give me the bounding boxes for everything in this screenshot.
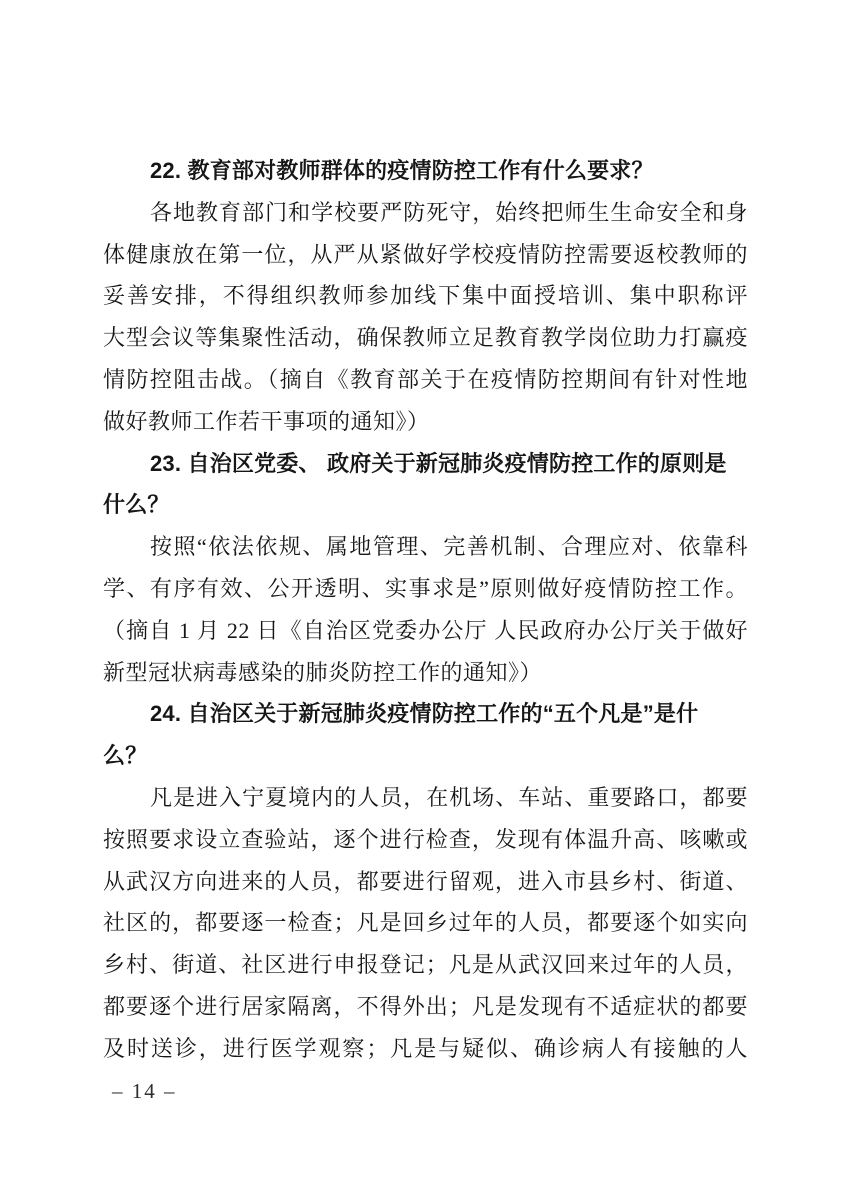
text-line: 各地教育部门和学校要严防死守，始终把师生生命安全和身: [103, 192, 748, 234]
text-line: 及时送诊，进行医学观察；凡是与疑似、确诊病人有接触的人员，: [103, 1028, 748, 1070]
document-page: { "page": { "number_label": "– 14 –" }, …: [0, 0, 850, 1203]
text-line: 什么？: [103, 484, 748, 526]
text-line: 妥善安排，不得组织教师参加线下集中面授培训、集中职称评审、: [103, 275, 748, 317]
text-line: 从武汉方向进来的人员，都要进行留观，进入市县乡村、街道、: [103, 861, 748, 903]
text-line: 按照要求设立查验站，逐个进行检查，发现有体温升高、咳嗽或: [103, 819, 748, 861]
answer-paragraph: 各地教育部门和学校要严防死守，始终把师生生命安全和身体健康放在第一位，从严从紧做…: [103, 192, 748, 443]
text-line: 24. 自治区关于新冠肺炎疫情防控工作的“五个凡是”是什: [103, 693, 748, 735]
answer-paragraph: 按照“依法依规、属地管理、完善机制、合理应对、依靠科学、有序有效、公开透明、实事…: [103, 526, 748, 693]
question-heading: 23. 自治区党委、 政府关于新冠肺炎疫情防控工作的原则是什么？: [103, 443, 748, 527]
page-number: – 14 –: [112, 1078, 177, 1104]
question-heading: 22. 教育部对教师群体的疫情防控工作有什么要求？: [103, 150, 748, 192]
text-line: 么？: [103, 735, 748, 777]
text-line: 情防控阻击战。（摘自《教育部关于在疫情防控期间有针对性地: [103, 359, 748, 401]
text-line: 乡村、街道、社区进行申报登记；凡是从武汉回来过年的人员，: [103, 944, 748, 986]
text-block: 22. 教育部对教师群体的疫情防控工作有什么要求？各地教育部门和学校要严防死守，…: [103, 150, 748, 1070]
text-line: 社区的，都要逐一检查；凡是回乡过年的人员，都要逐个如实向: [103, 902, 748, 944]
text-line: 学、有序有效、公开透明、实事求是”原则做好疫情防控工作。: [103, 568, 748, 610]
text-line: 大型会议等集聚性活动，确保教师立足教育教学岗位助力打赢疫: [103, 317, 748, 359]
question-heading: 24. 自治区关于新冠肺炎疫情防控工作的“五个凡是”是什么？: [103, 693, 748, 777]
text-line: 23. 自治区党委、 政府关于新冠肺炎疫情防控工作的原则是: [103, 443, 748, 485]
text-line: 22. 教育部对教师群体的疫情防控工作有什么要求？: [103, 150, 748, 192]
text-line: 做好教师工作若干事项的通知》）: [103, 401, 748, 443]
text-line: 新型冠状病毒感染的肺炎防控工作的通知》）: [103, 652, 748, 694]
text-line: 按照“依法依规、属地管理、完善机制、合理应对、依靠科: [103, 526, 748, 568]
text-line: 都要逐个进行居家隔离，不得外出；凡是发现有不适症状的都要: [103, 986, 748, 1028]
page-surface: 22. 教育部对教师群体的疫情防控工作有什么要求？各地教育部门和学校要严防死守，…: [0, 0, 850, 1203]
answer-paragraph: 凡是进入宁夏境内的人员，在机场、车站、重要路口，都要按照要求设立查验站，逐个进行…: [103, 777, 748, 1070]
text-line: （摘自 1 月 22 日《自治区党委办公厅 人民政府办公厅关于做好: [103, 610, 748, 652]
text-line: 凡是进入宁夏境内的人员，在机场、车站、重要路口，都要: [103, 777, 748, 819]
text-line: 体健康放在第一位，从严从紧做好学校疫情防控需要返校教师的: [103, 234, 748, 276]
